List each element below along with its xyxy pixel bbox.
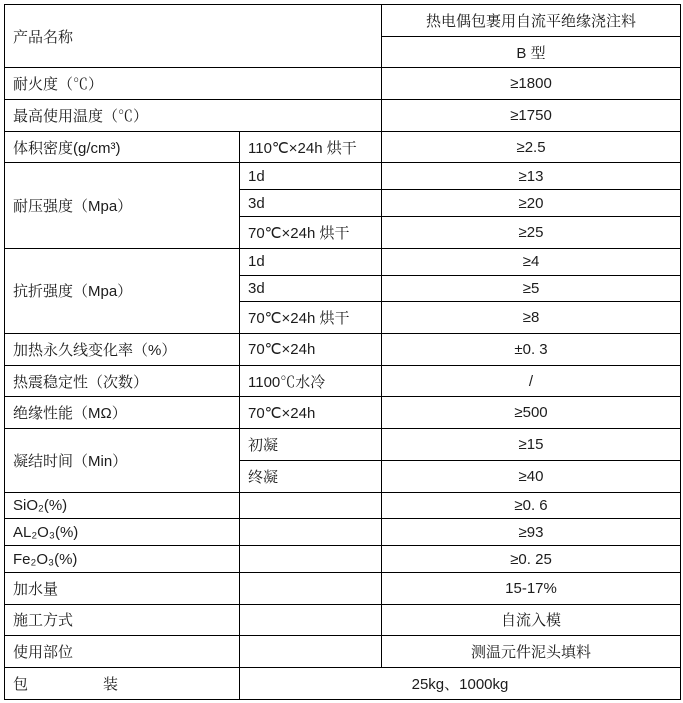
compressive-1d-condition: 1d xyxy=(240,163,382,190)
fe2o3-label: Fe₂O₃(%) xyxy=(5,546,240,573)
al2o3-label: AL₂O₃(%) xyxy=(5,519,240,546)
table-row: AL₂O₃(%) ≥93 xyxy=(5,519,681,546)
bulk-density-value: ≥2.5 xyxy=(382,131,681,163)
sio2-condition-empty xyxy=(240,492,382,519)
flexural-dried-value: ≥8 xyxy=(382,302,681,334)
water-addition-value: 15-17% xyxy=(382,572,681,604)
setting-time-label: 凝结时间（Min） xyxy=(5,429,240,492)
setting-time-final-value: ≥40 xyxy=(382,460,681,492)
packaging-value: 25kg、1000kg xyxy=(240,668,681,700)
permanent-linear-change-condition: 70℃×24h xyxy=(240,334,382,366)
insulation-condition: 70℃×24h xyxy=(240,397,382,429)
table-row: 加热永久线变化率（%） 70℃×24h ±0. 3 xyxy=(5,334,681,366)
compressive-dried-condition: 70℃×24h 烘干 xyxy=(240,217,382,249)
table-row: 抗折强度（Mpa） 1d ≥4 xyxy=(5,248,681,275)
compressive-3d-condition: 3d xyxy=(240,190,382,217)
flexural-1d-condition: 1d xyxy=(240,248,382,275)
compressive-3d-value: ≥20 xyxy=(382,190,681,217)
fire-resistance-value: ≥1800 xyxy=(382,68,681,100)
flexural-strength-label: 抗折强度（Mpa） xyxy=(5,248,240,333)
fe2o3-value: ≥0. 25 xyxy=(382,546,681,573)
table-row: 绝缘性能（MΩ） 70℃×24h ≥500 xyxy=(5,397,681,429)
thermal-shock-condition: 1100℃水冷 xyxy=(240,365,382,397)
compressive-strength-label: 耐压强度（Mpa） xyxy=(5,163,240,248)
permanent-linear-change-label: 加热永久线变化率（%） xyxy=(5,334,240,366)
table-row: 使用部位 测温元件泥头填料 xyxy=(5,636,681,668)
product-name-value: 热电偶包裹用自流平绝缘浇注料 xyxy=(382,5,681,37)
application-area-label: 使用部位 xyxy=(5,636,240,668)
application-area-condition-empty xyxy=(240,636,382,668)
al2o3-condition-empty xyxy=(240,519,382,546)
table-row: 加水量 15-17% xyxy=(5,572,681,604)
sio2-value: ≥0. 6 xyxy=(382,492,681,519)
setting-time-initial-condition: 初凝 xyxy=(240,429,382,461)
construction-method-label: 施工方式 xyxy=(5,604,240,636)
product-name-label: 产品名称 xyxy=(5,5,382,68)
spec-sheet: 产品名称 热电偶包裹用自流平绝缘浇注料 B 型 耐火度（℃） ≥1800 最高使… xyxy=(0,0,683,703)
al2o3-value: ≥93 xyxy=(382,519,681,546)
table-row: Fe₂O₃(%) ≥0. 25 xyxy=(5,546,681,573)
construction-method-value: 自流入模 xyxy=(382,604,681,636)
table-row: 包 装 25kg、1000kg xyxy=(5,668,681,700)
setting-time-final-condition: 终凝 xyxy=(240,460,382,492)
flexural-3d-condition: 3d xyxy=(240,275,382,302)
table-row: 热震稳定性（次数） 1100℃水冷 / xyxy=(5,365,681,397)
table-row: 凝结时间（Min） 初凝 ≥15 xyxy=(5,429,681,461)
max-service-temp-label: 最高使用温度（℃） xyxy=(5,100,382,132)
max-service-temp-value: ≥1750 xyxy=(382,100,681,132)
bulk-density-condition: 110℃×24h 烘干 xyxy=(240,131,382,163)
fire-resistance-label: 耐火度（℃） xyxy=(5,68,382,100)
table-row: 最高使用温度（℃） ≥1750 xyxy=(5,100,681,132)
compressive-dried-value: ≥25 xyxy=(382,217,681,249)
flexural-3d-value: ≥5 xyxy=(382,275,681,302)
application-area-value: 测温元件泥头填料 xyxy=(382,636,681,668)
water-addition-condition-empty xyxy=(240,572,382,604)
sio2-label: SiO₂(%) xyxy=(5,492,240,519)
model-value: B 型 xyxy=(382,36,681,68)
packaging-label: 包 装 xyxy=(5,668,240,700)
fe2o3-condition-empty xyxy=(240,546,382,573)
insulation-value: ≥500 xyxy=(382,397,681,429)
water-addition-label: 加水量 xyxy=(5,572,240,604)
table-row: SiO₂(%) ≥0. 6 xyxy=(5,492,681,519)
table-row: 施工方式 自流入模 xyxy=(5,604,681,636)
compressive-1d-value: ≥13 xyxy=(382,163,681,190)
construction-method-condition-empty xyxy=(240,604,382,636)
flexural-dried-condition: 70℃×24h 烘干 xyxy=(240,302,382,334)
header-row-product-name: 产品名称 热电偶包裹用自流平绝缘浇注料 xyxy=(5,5,681,37)
insulation-label: 绝缘性能（MΩ） xyxy=(5,397,240,429)
table-row: 耐压强度（Mpa） 1d ≥13 xyxy=(5,163,681,190)
thermal-shock-value: / xyxy=(382,365,681,397)
permanent-linear-change-value: ±0. 3 xyxy=(382,334,681,366)
table-row: 耐火度（℃） ≥1800 xyxy=(5,68,681,100)
bulk-density-label: 体积密度(g/cm³) xyxy=(5,131,240,163)
product-spec-table: 产品名称 热电偶包裹用自流平绝缘浇注料 B 型 耐火度（℃） ≥1800 最高使… xyxy=(4,4,681,700)
thermal-shock-label: 热震稳定性（次数） xyxy=(5,365,240,397)
setting-time-initial-value: ≥15 xyxy=(382,429,681,461)
flexural-1d-value: ≥4 xyxy=(382,248,681,275)
table-row: 体积密度(g/cm³) 110℃×24h 烘干 ≥2.5 xyxy=(5,131,681,163)
